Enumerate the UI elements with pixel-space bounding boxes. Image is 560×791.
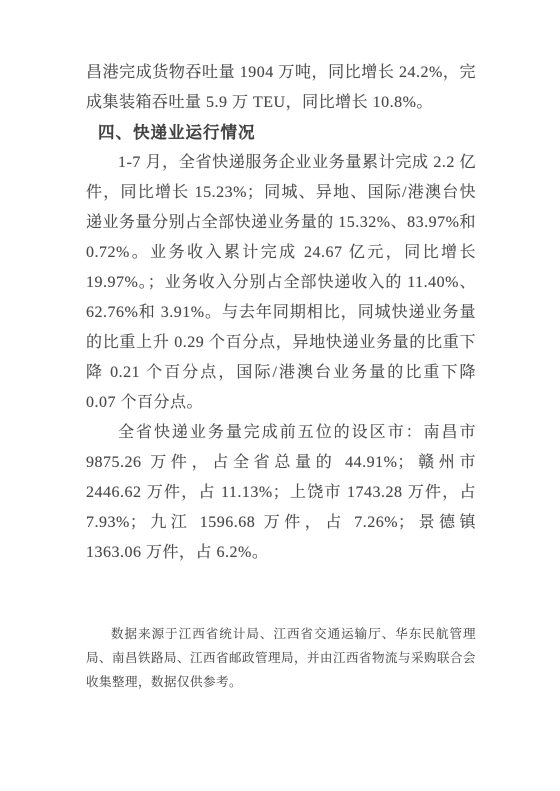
document-page: 昌港完成货物吞吐量 1904 万吨，同比增长 24.2%，完成集装箱吞吐量 5.…: [0, 0, 560, 791]
footnote: 数据来源于江西省统计局、江西省交通运输厅、华东民航管理局、南昌铁路局、江西省邮政…: [86, 622, 476, 694]
paragraph-continuation: 昌港完成货物吞吐量 1904 万吨，同比增长 24.2%，完成集装箱吞吐量 5.…: [86, 58, 476, 118]
document-body: 昌港完成货物吞吐量 1904 万吨，同比增长 24.2%，完成集装箱吞吐量 5.…: [86, 58, 476, 568]
paragraph: 全省快递业务量完成前五位的设区市：南昌市 9875.26 万件，占全省总量的 4…: [86, 418, 476, 568]
paragraph: 1-7 月，全省快递服务企业业务量累计完成 2.2 亿件，同比增长 15.23%…: [86, 148, 476, 418]
section-heading: 四、快递业运行情况: [86, 118, 476, 148]
